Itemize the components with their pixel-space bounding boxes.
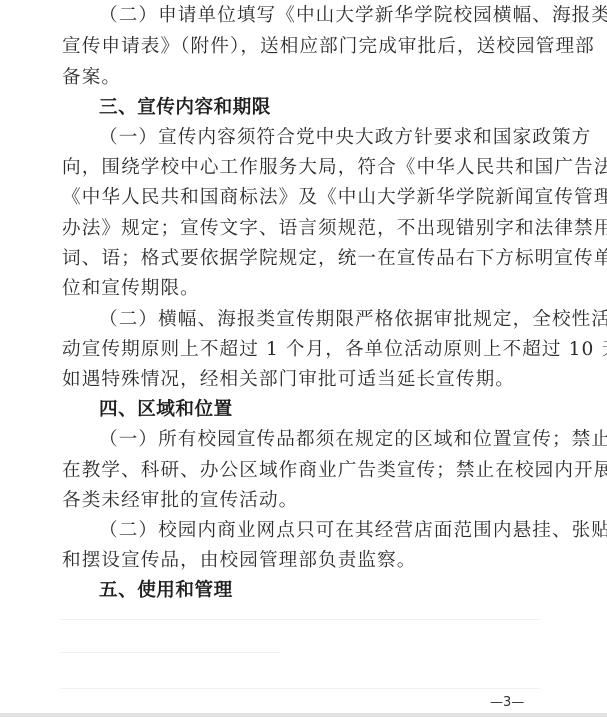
paragraph-line: 如遇特殊情况，经相关部门审批可适当延长宣传期。 [62,365,542,395]
paragraph-line: 和摆设宣传品，由校园管理部负责监察。 [62,546,542,576]
paragraph-line: 《中华人民共和国商标法》及《中山大学新华学院新闻宣传管理 [62,183,542,213]
paragraph-line: 在教学、科研、办公区域作商业广告类宣传；禁止在校园内开展 [62,456,542,486]
paragraph-line: 办法》规定；宣传文字、语言须规范，不出现错别字和法律禁用 [62,214,542,244]
page-number: —3— [490,694,524,712]
page-bottom-edge [0,713,607,717]
paragraph-line: （一）宣传内容须符合党中央大政方针要求和国家政策方 [99,123,542,153]
paragraph-line: 各类未经审批的宣传活动。 [62,486,542,516]
paragraph-line: 备案。 [62,63,542,93]
paragraph-line: （一）所有校园宣传品都须在规定的区域和位置宣传；禁止 [99,425,542,455]
section-heading-use-and-management: 五、使用和管理 [99,576,233,606]
paragraph-line: （二）校园内商业网点只可在其经营店面范围内悬挂、张贴 [99,516,542,546]
section-heading-area-and-location: 四、区域和位置 [99,395,233,425]
scan-artifact [60,688,540,689]
document-page: （二）申请单位填写《中山大学新华学院校园横幅、海报类 宣传申请表》（附件），送相… [0,0,607,713]
paragraph-line: 宣传申请表》（附件），送相应部门完成审批后，送校园管理部 [62,32,542,62]
paragraph-line: 位和宣传期限。 [62,274,542,304]
scan-artifact [60,652,280,653]
paragraph-line: 动宣传期原则上不超过 1 个月，各单位活动原则上不超过 10 天。 [62,335,542,365]
paragraph-line: （二）申请单位填写《中山大学新华学院校园横幅、海报类 [99,1,542,31]
section-heading-content-and-period: 三、宣传内容和期限 [99,93,271,123]
paragraph-line: 向，围绕学校中心工作服务大局，符合《中华人民共和国广告法》、 [62,153,542,183]
paragraph-line: （二）横幅、海报类宣传期限严格依据审批规定，全校性活 [99,305,542,335]
scan-artifact [60,619,540,620]
paragraph-line: 词、语；格式要依据学院规定，统一在宣传品右下方标明宣传单 [62,244,542,274]
